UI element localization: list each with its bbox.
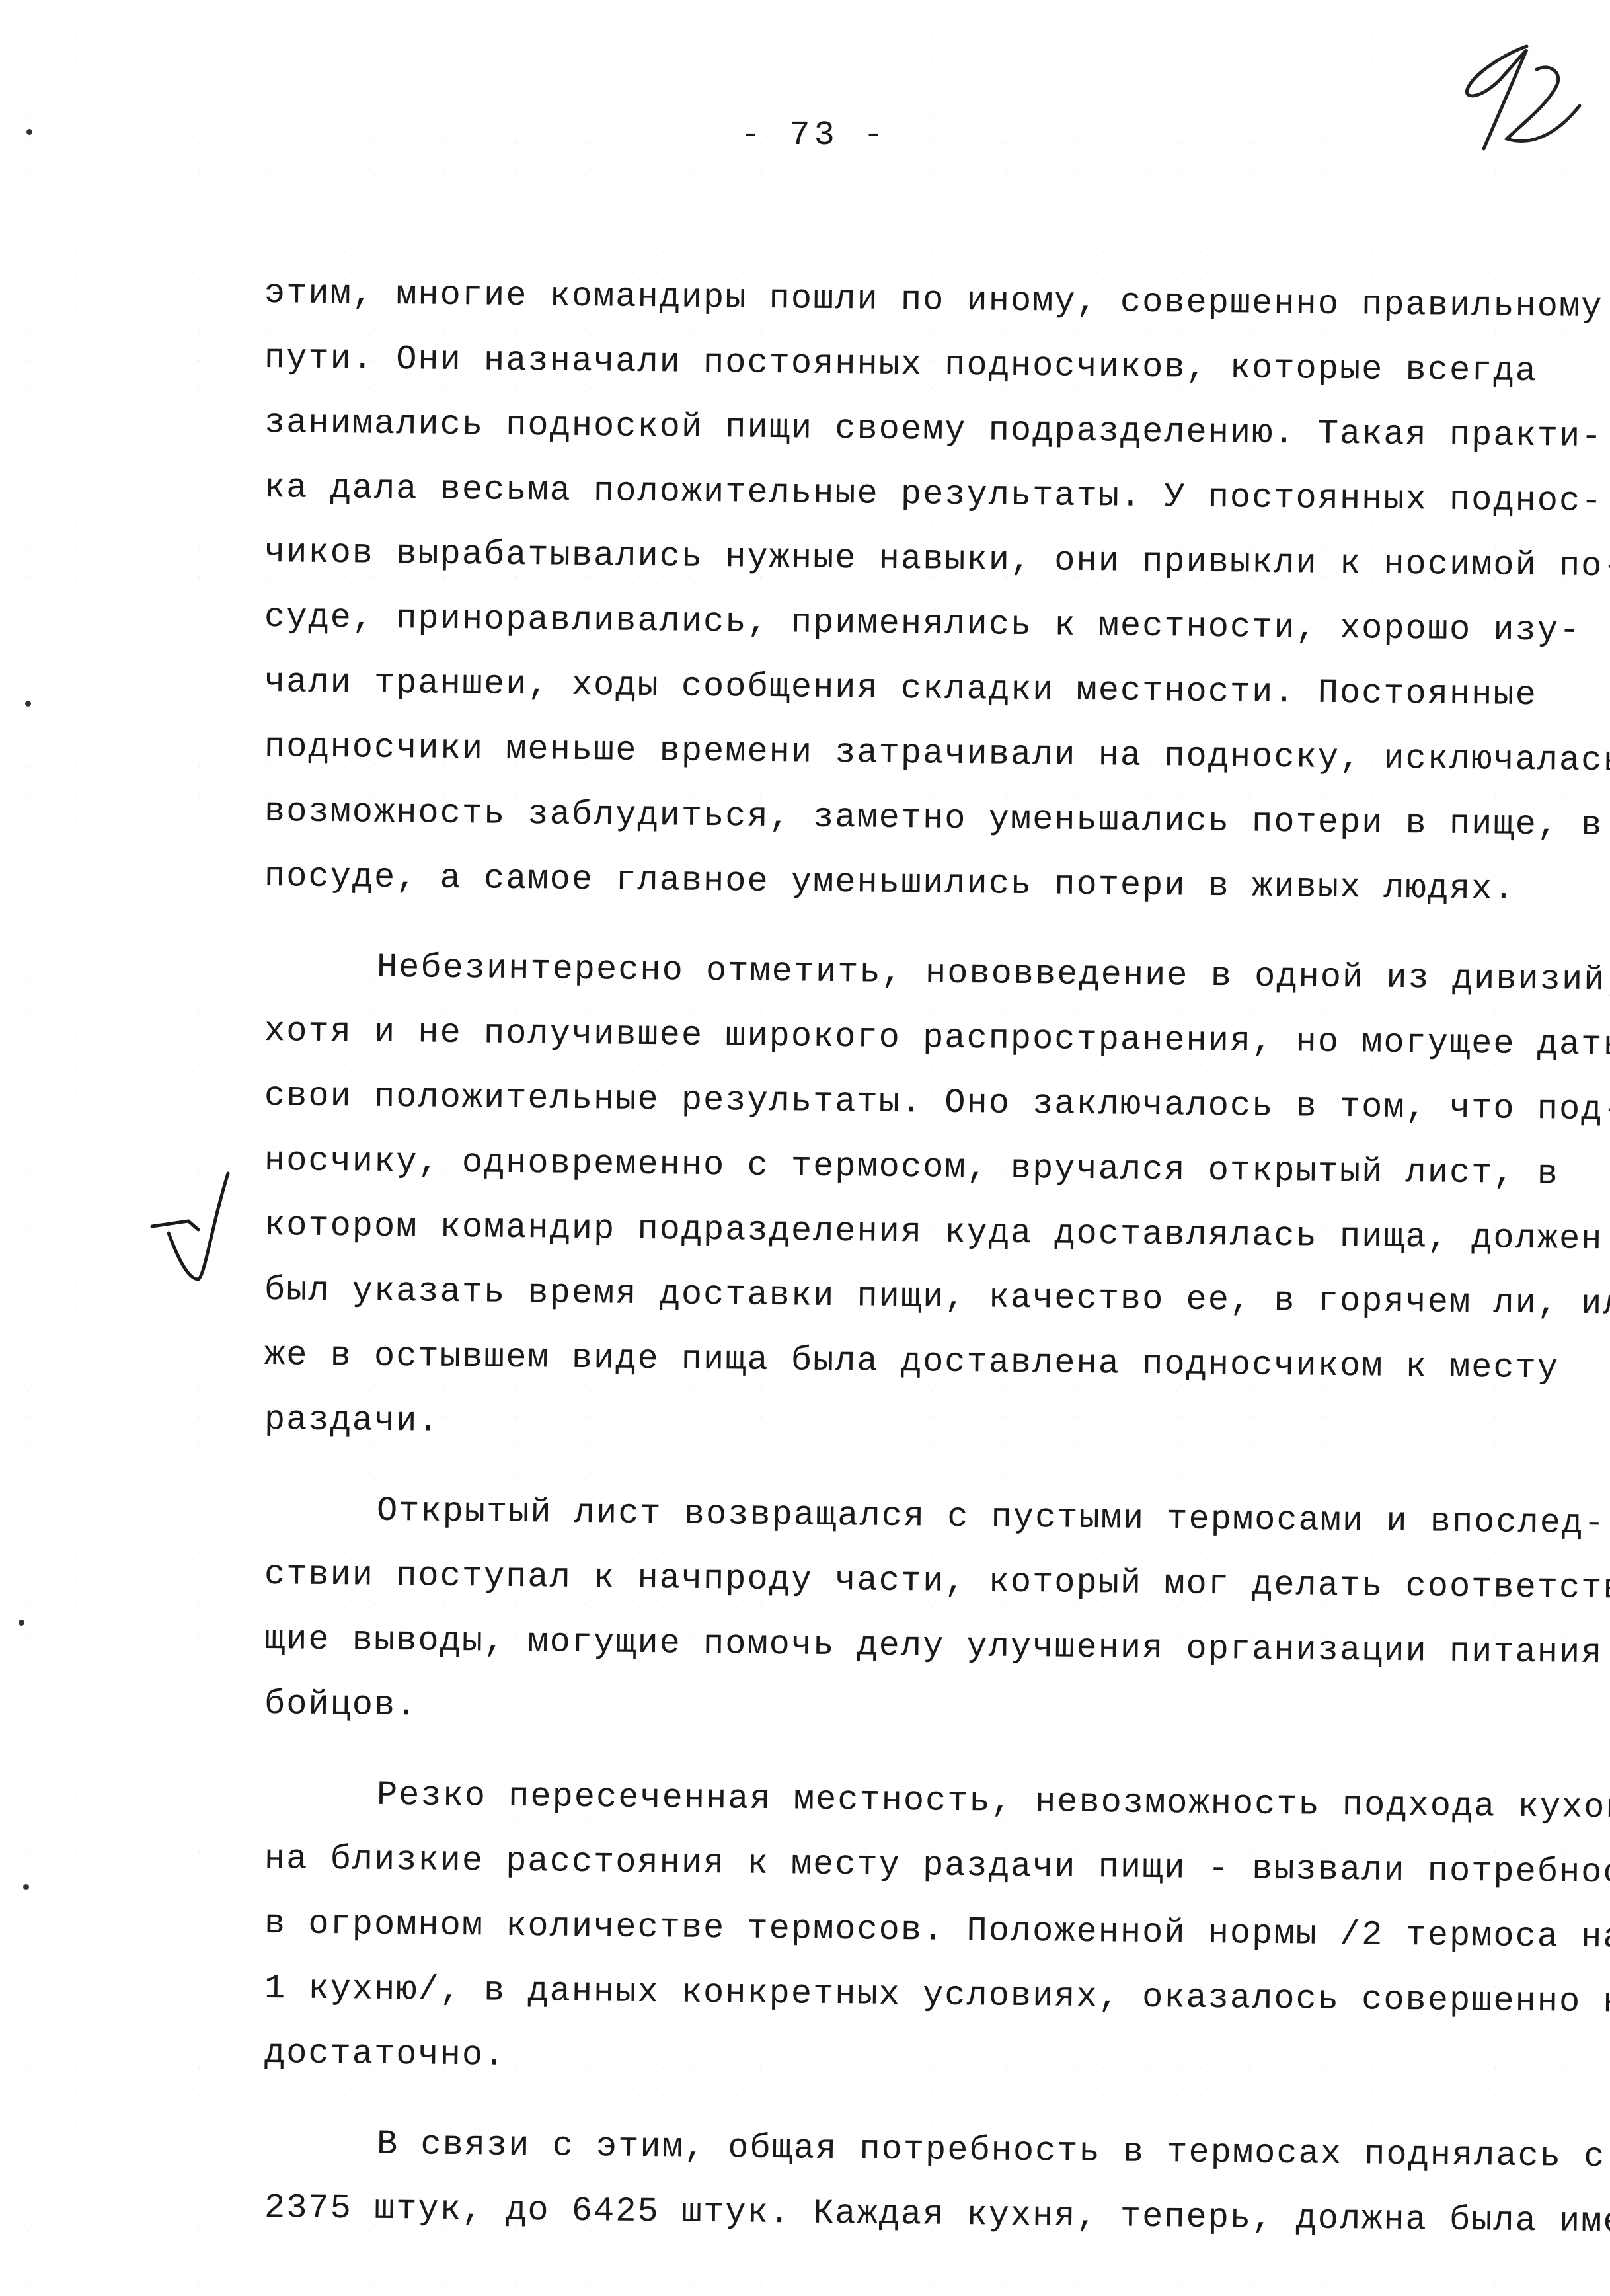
margin-speck — [19, 1620, 24, 1626]
checkmark-icon — [142, 1147, 235, 1286]
document-body: этим, многие командиры пошли по иному, с… — [264, 261, 1560, 2240]
margin-speck — [25, 701, 31, 707]
text-line: бойцов. — [264, 1672, 1560, 1751]
paragraph: Небезинтересно отметить, нововведение в … — [264, 934, 1560, 1452]
margin-speck — [23, 1884, 29, 1890]
handwritten-folio-number: 92 — [1428, 33, 1586, 159]
handwritten-92-icon — [1428, 33, 1586, 159]
text-line: 2375 штук, до 6425 штук. Каждая кухня, т… — [264, 2176, 1560, 2254]
paragraph: В связи с этим, общая потребность в терм… — [264, 2111, 1560, 2240]
margin-speck — [26, 129, 32, 135]
paragraph: Резко пересеченная местность, невозможно… — [264, 1762, 1560, 2086]
page-number: - 73 - — [740, 116, 888, 155]
paragraph: Открытый лист возвращался с пустыми терм… — [264, 1478, 1560, 1737]
text-line: посуде, а самое главное уменьшились поте… — [264, 844, 1560, 923]
text-line: раздачи. — [264, 1388, 1560, 1466]
scanned-document-page: 92 - 73 - этим, многие командиры пошли п… — [0, 0, 1610, 2296]
text-line: достаточно. — [264, 2021, 1560, 2100]
margin-checkmark — [142, 1147, 235, 1286]
paragraph: этим, многие командиры пошли по иному, с… — [264, 261, 1560, 909]
